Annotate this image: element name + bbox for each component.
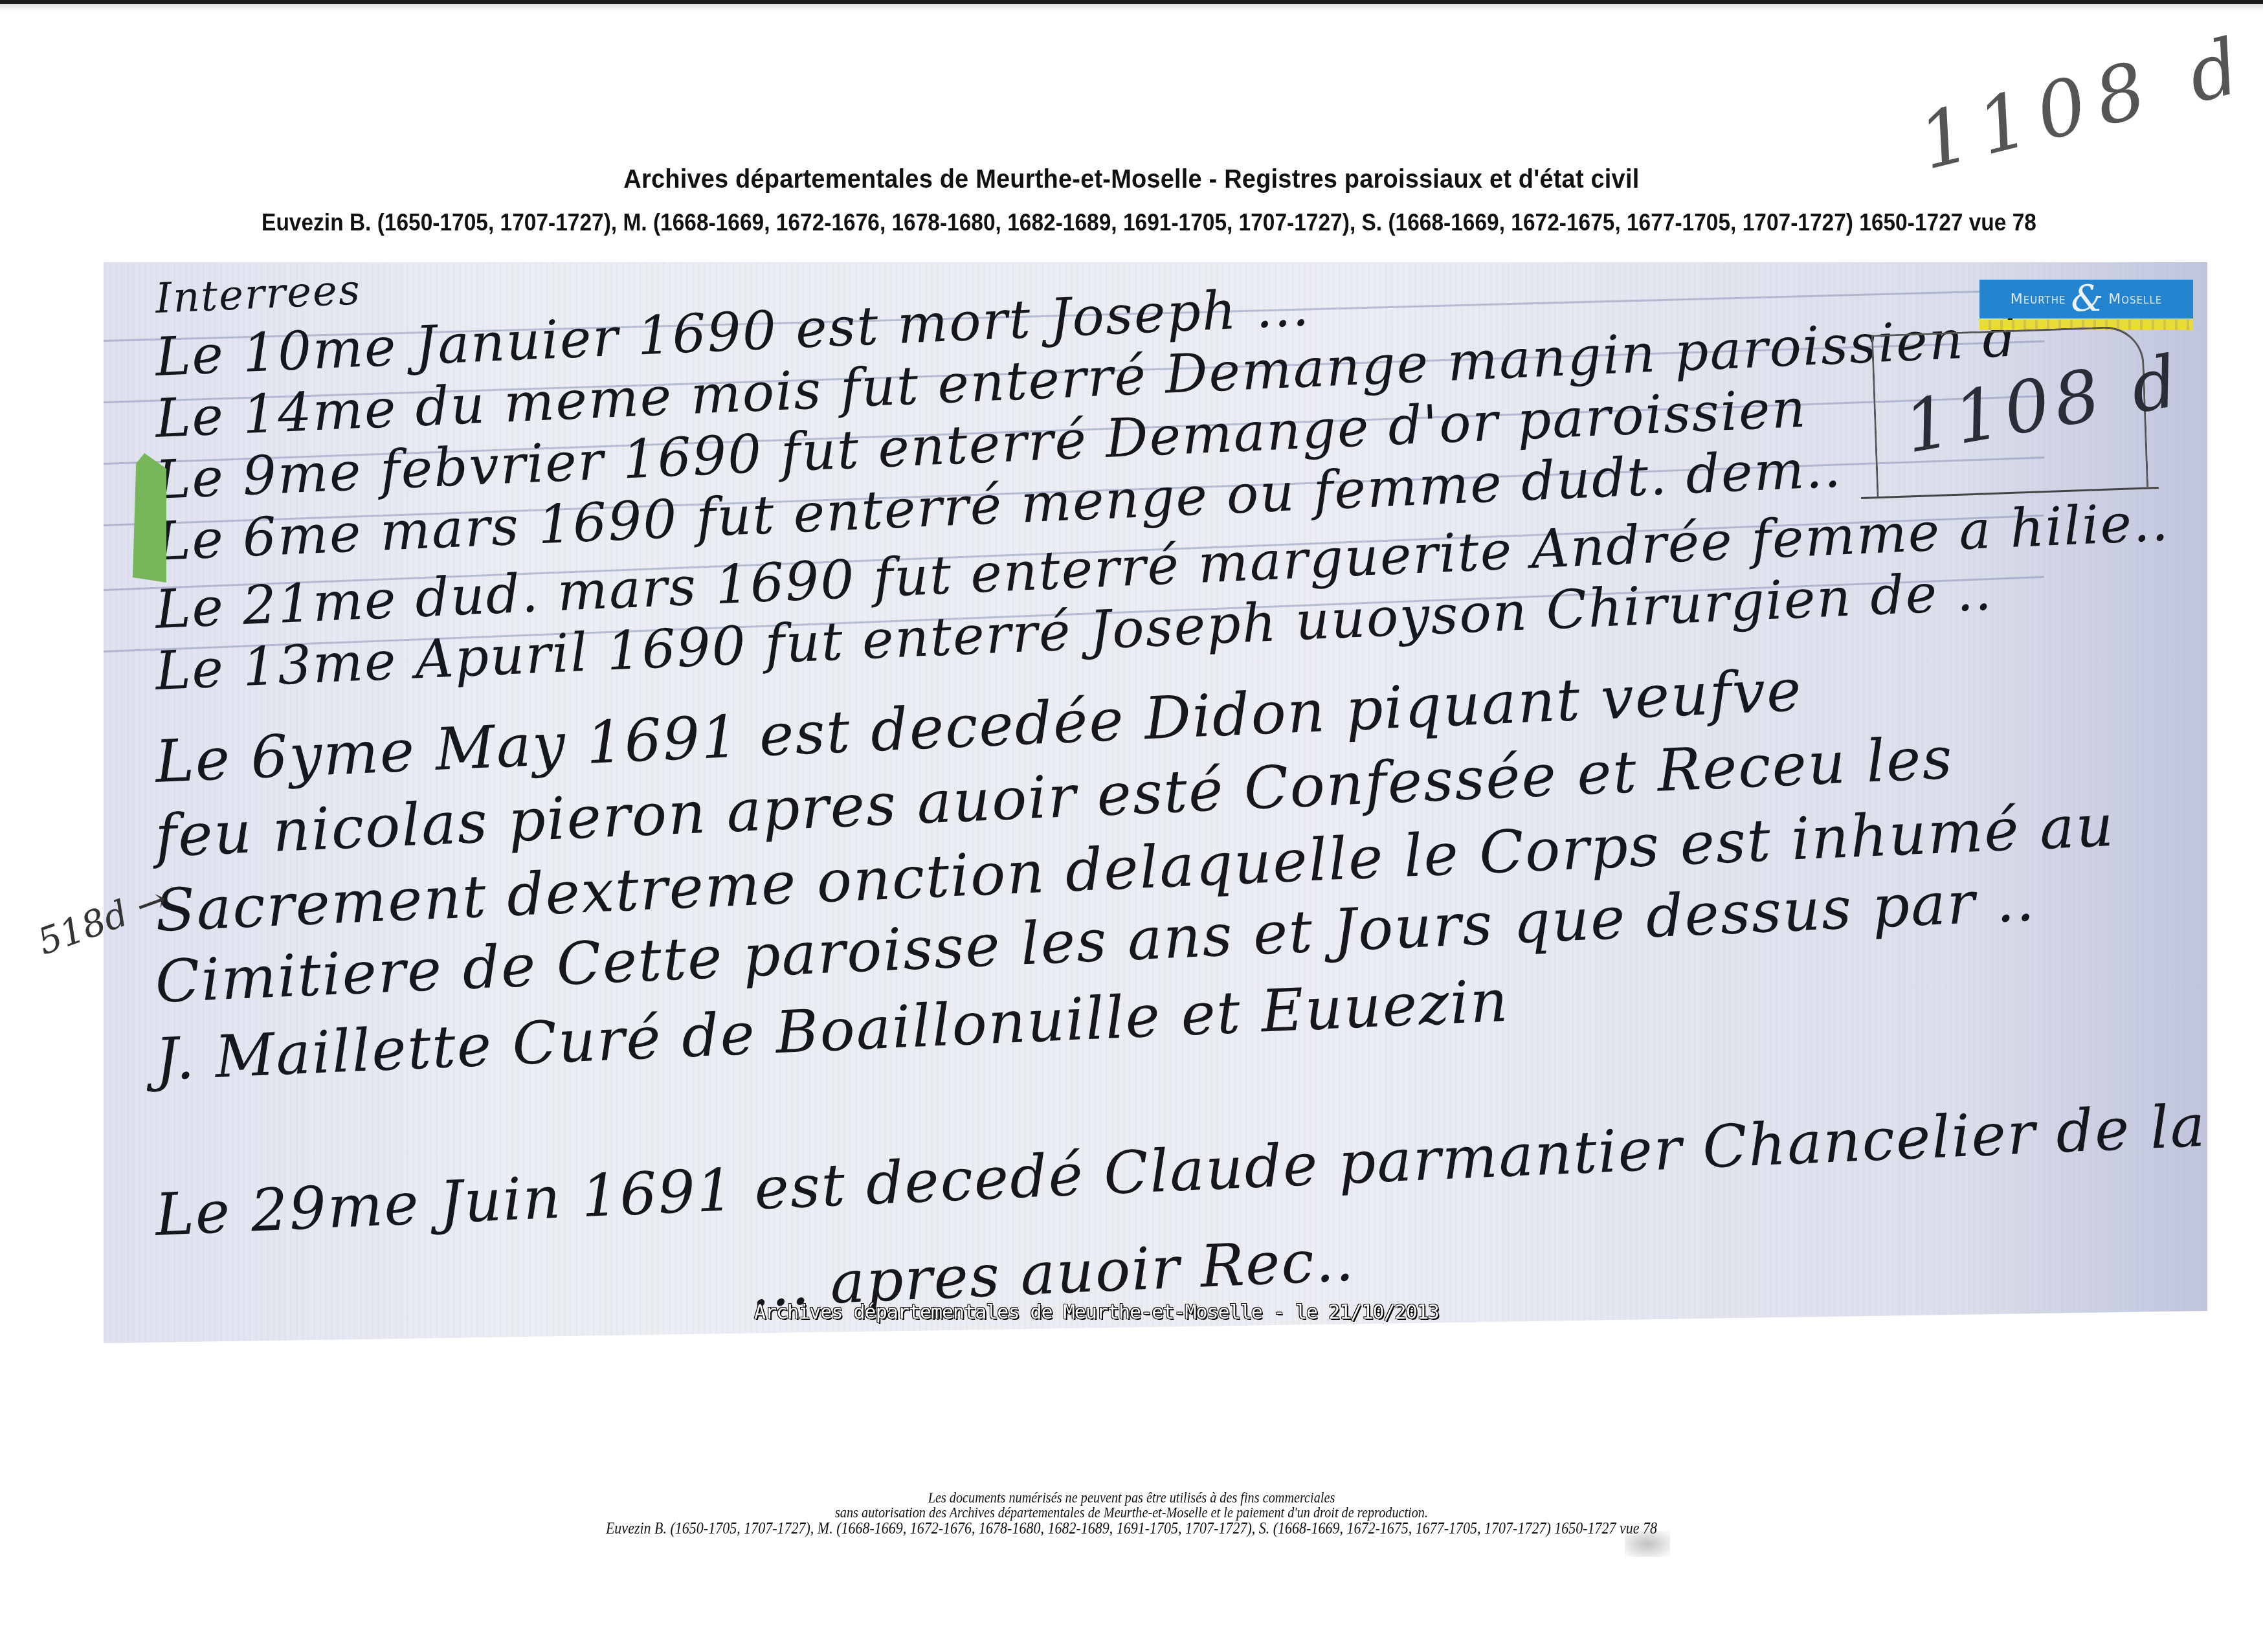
footer-authorization-notice: sans autorisation des Archives départeme… <box>136 1505 2127 1520</box>
meurthe-moselle-logo: Meurthe & Moselle <box>1979 280 2193 331</box>
scan-smudge <box>1625 1531 1670 1557</box>
page-title: Archives départementales de Meurthe-et-M… <box>623 165 1639 194</box>
ampersand-icon: & <box>2071 283 2103 315</box>
footer-usage-notice: Les documents numérisés ne peuvent pas ê… <box>136 1490 2127 1505</box>
manuscript-line: Interrees <box>154 266 362 323</box>
document-footer: Les documents numérisés ne peuvent pas ê… <box>0 1490 2263 1538</box>
logo-banner: Meurthe & Moselle <box>1979 280 2193 318</box>
manuscript-line: Le 29me Juin 1691 est decedé Claude parm… <box>154 1092 2207 1249</box>
archive-watermark: Archives départementales de Meurthe-et-M… <box>754 1301 1439 1324</box>
scan-top-edge <box>0 0 2263 4</box>
logo-word-right: Moselle <box>2108 291 2162 307</box>
green-marker-tab <box>133 453 166 583</box>
logo-word-left: Meurthe <box>2011 291 2066 307</box>
footer-register-reference: Euvezin B. (1650-1705, 1707-1727), M. (1… <box>136 1520 2127 1538</box>
document-header: Archives départementales de Meurthe-et-M… <box>0 165 2263 194</box>
pencil-folio-annotation: 1108 d <box>1910 19 2259 187</box>
register-reference: Euvezin B. (1650-1705, 1707-1727), M. (1… <box>171 204 2128 241</box>
